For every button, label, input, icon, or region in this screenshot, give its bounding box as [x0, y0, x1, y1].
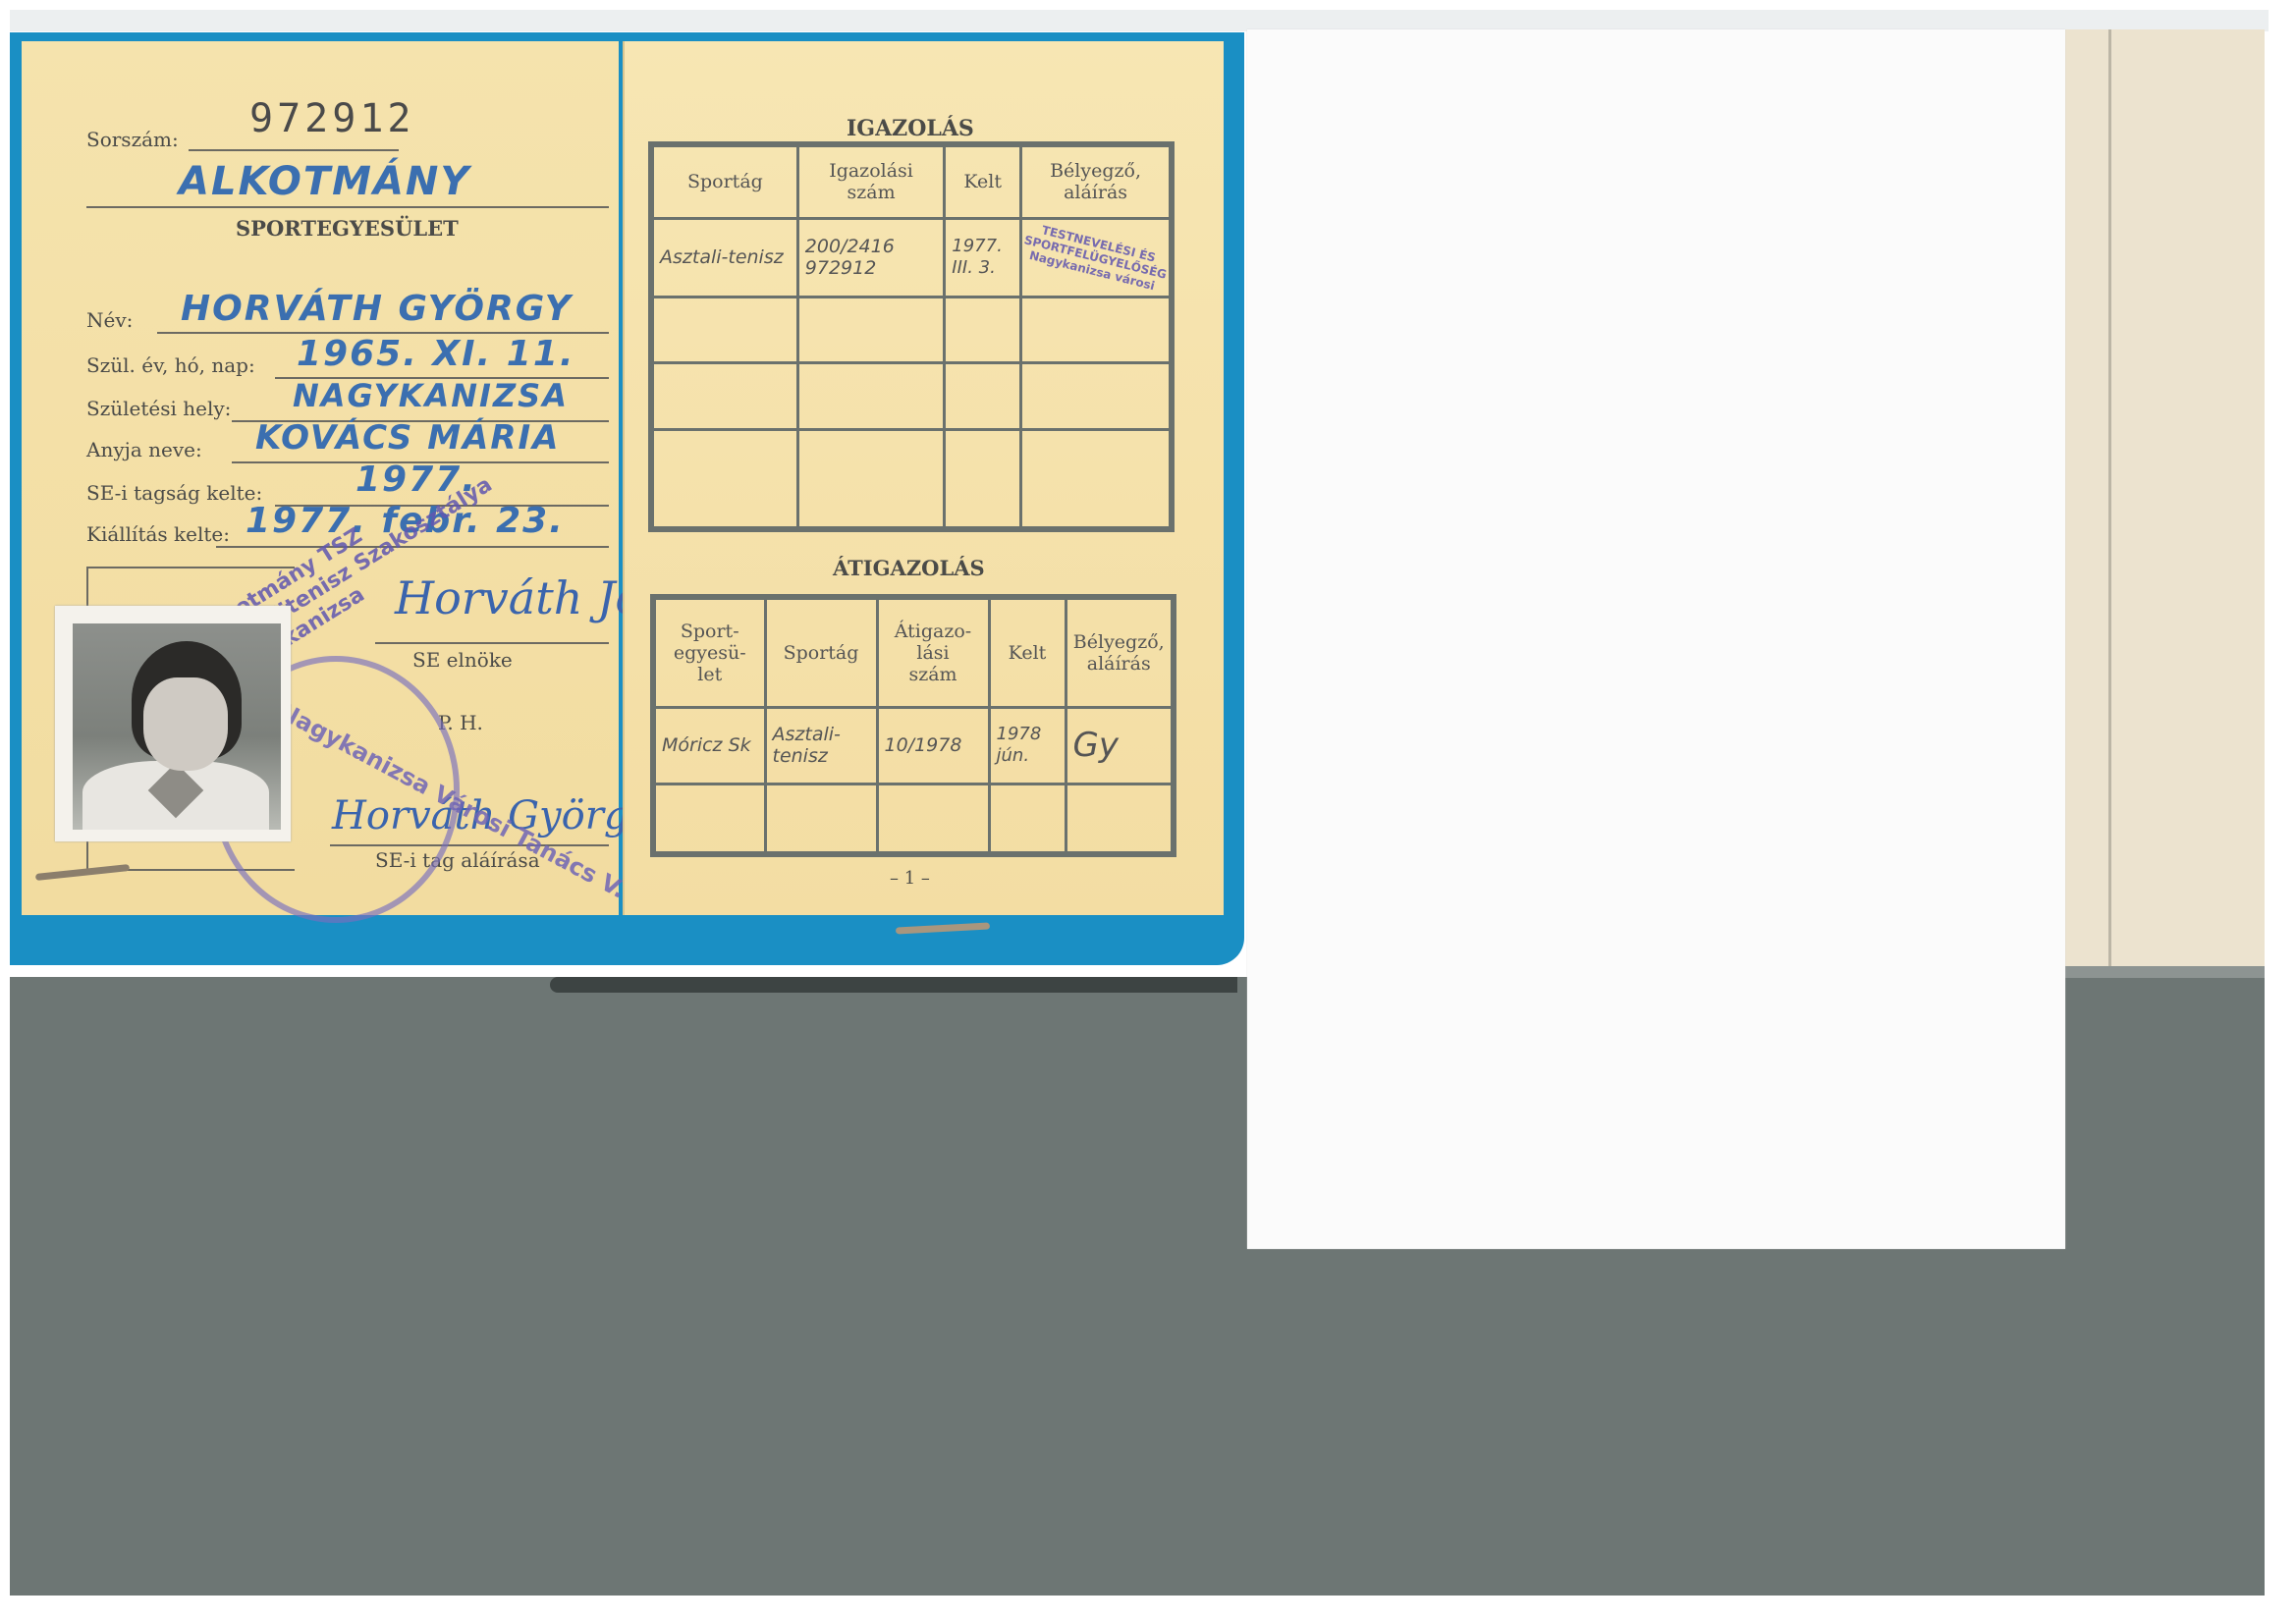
scanner-top-band: [10, 10, 2269, 31]
column-header: Sportág: [651, 144, 797, 218]
cell: [765, 784, 877, 854]
column-header: Sportág: [765, 597, 877, 707]
igazolas-stamp: TESTNEVELÉSI ÉS SPORTFELÜGYELŐSÉG Nagyka…: [1019, 220, 1172, 296]
field-label-membership-date: SE-i tagság kelte:: [86, 481, 262, 505]
serial-line: [189, 149, 399, 151]
field-value-mother-name: KOVÁCS MÁRIA: [255, 418, 561, 458]
igazolas-table: Sportág Igazolásiszám Kelt Bélyegző,aláí…: [648, 141, 1175, 532]
table-row: [651, 363, 1172, 430]
portrait-image: [73, 623, 281, 830]
president-caption: SE elnöke: [412, 648, 513, 672]
table-row: [651, 429, 1172, 529]
president-signature: Horváth Jóf: [395, 571, 659, 624]
field-value-name: HORVÁTH GYÖRGY: [181, 289, 573, 329]
page-fold: [2108, 29, 2111, 978]
field-label-mother-name: Anyja neve:: [86, 438, 202, 461]
field-label-name: Név:: [86, 308, 133, 332]
cell: [651, 297, 797, 363]
field-value-birthplace: NAGYKANIZSA: [293, 377, 569, 414]
column-header: Sport- egyesü- let: [653, 597, 765, 707]
right-page: IGAZOLÁS Sportág Igazolásiszám Kelt Bély…: [623, 41, 1224, 915]
column-header: Kelt: [989, 597, 1066, 707]
header-line: aláírás: [1067, 653, 1172, 675]
page-edge: [2062, 966, 2265, 978]
header-line: let: [656, 664, 764, 685]
table-header-row: Sportág Igazolásiszám Kelt Bélyegző,aláí…: [651, 144, 1172, 218]
club-caption: SPORTEGYESÜLET: [236, 216, 459, 241]
cell: [989, 784, 1066, 854]
cell: [651, 363, 797, 430]
cell: [877, 784, 989, 854]
cell-sport: Asztali-tenisz: [651, 218, 797, 297]
cell-date: 1978 jún.: [989, 707, 1066, 784]
column-header: Bélyegző,aláírás: [1021, 144, 1172, 218]
blank-white-sheet: [1247, 29, 2065, 1249]
cell: [945, 429, 1021, 529]
cell: [945, 297, 1021, 363]
cell: [797, 429, 944, 529]
header-line: szám: [879, 664, 988, 685]
cell: [1021, 429, 1172, 529]
column-header: Bélyegző, aláírás: [1066, 597, 1174, 707]
cell: [1066, 784, 1174, 854]
page-number: – 1 –: [890, 868, 930, 889]
igazolas-title: IGAZOLÁS: [847, 116, 974, 141]
atigazolas-table: Sport- egyesü- let Sportág Átigazo- lási…: [650, 594, 1176, 857]
cell: [1021, 297, 1172, 363]
cell: [1021, 363, 1172, 430]
table-row: [653, 784, 1174, 854]
field-label-issue-date: Kiállítás kelte:: [86, 522, 230, 546]
club-name-handwritten: ALKOTMÁNY: [179, 159, 470, 204]
booklet-back-cover-edge: [550, 977, 1237, 993]
club-line: [86, 206, 609, 208]
column-header: Átigazo- lási szám: [877, 597, 989, 707]
header-line: egyesü-: [656, 642, 764, 664]
adjacent-page-strip: [2062, 29, 2265, 978]
cell: [797, 297, 944, 363]
id-photo: [55, 606, 291, 841]
header-line: Átigazo-: [879, 621, 988, 642]
cell-transfer-number: 10/1978: [877, 707, 989, 784]
cell: [651, 429, 797, 529]
column-header: Kelt: [945, 144, 1021, 218]
serial-number: 972912: [249, 96, 415, 141]
cell-registration-number: 200/2416 972912: [797, 218, 944, 297]
table-row: Asztali-tenisz 200/2416 972912 1977. III…: [651, 218, 1172, 297]
portrait-face: [143, 677, 228, 771]
cell: [653, 784, 765, 854]
president-signature-line: [375, 642, 609, 644]
cell: [797, 363, 944, 430]
header-line: lási: [879, 642, 988, 664]
header-line: Sport-: [656, 621, 764, 642]
field-label-birthdate: Szül. év, hó, nap:: [86, 353, 255, 377]
table-row: Móricz Sk Asztali-tenisz 10/1978 1978 jú…: [653, 707, 1174, 784]
cell-club: Móricz Sk: [653, 707, 765, 784]
table-row: [651, 297, 1172, 363]
cell-date: 1977. III. 3.: [945, 218, 1021, 297]
table-header-row: Sport- egyesü- let Sportág Átigazo- lási…: [653, 597, 1174, 707]
atigazolas-title: ÁTIGAZOLÁS: [833, 556, 985, 580]
cell-stamp-signature: Gy: [1066, 707, 1174, 784]
serial-label: Sorszám:: [86, 128, 179, 151]
column-header: Igazolásiszám: [797, 144, 944, 218]
cell-stamp-signature: TESTNEVELÉSI ÉS SPORTFELÜGYELŐSÉG Nagyka…: [1021, 218, 1172, 297]
field-label-birthplace: Születési hely:: [86, 397, 231, 420]
cell: [945, 363, 1021, 430]
header-line: Bélyegző,: [1067, 631, 1172, 653]
field-value-birthdate: 1965. XI. 11.: [297, 334, 575, 374]
cell-sport: Asztali-tenisz: [765, 707, 877, 784]
